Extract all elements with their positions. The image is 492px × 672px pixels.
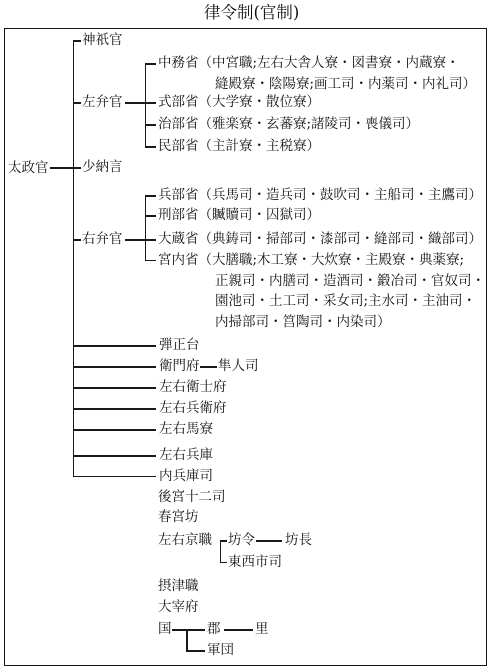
connector-danjodai [73,345,157,347]
node-minbusho: 民部省（主計寮・主税寮） [158,136,320,156]
connector-ejifu [73,387,157,389]
node-naihyogoshi: 内兵庫司 [159,466,213,486]
node-chumusho-line1: 中務省（中宮職;左右大舎人寮・図書寮・内蔵寮・ [158,53,460,73]
node-kokyu-junishi: 後宮十二司 [158,487,226,507]
connector-main-vertical [73,40,75,477]
node-ubenkan: 右弁官 [82,229,123,249]
node-chumusho-line2: 縫殿寮・陰陽寮;画工司・内薬司・内礼司） [215,74,476,94]
node-kori: 郡 [207,619,221,639]
connector-tick-shonagon [73,167,82,169]
connector-hyoefu [73,408,157,410]
connector-tick-minbusho [145,146,157,148]
node-sayu-hyoefu: 左右兵衛府 [159,398,227,418]
node-dajokan: 太政官 [8,158,49,178]
node-togubo: 春宮坊 [158,507,199,527]
connector-hyogo [73,455,157,457]
node-jibusho: 治部省（雅楽寮・玄蕃寮;諸陵司・喪儀司） [158,114,419,134]
connector-tick-jibusho [145,124,157,126]
connector-tick-ichishi [220,562,227,564]
node-hyobusho: 兵部省（兵馬司・造兵司・鼓吹司・主船司・主鷹司） [158,185,482,205]
connector-tick-kunaisho [145,260,157,262]
node-settsushiki: 摂津職 [158,576,199,596]
node-bocho: 坊長 [285,530,312,550]
connector-kuni-branch [186,629,188,652]
connector-right-bracket [145,195,147,261]
node-kuni: 国 [158,619,172,639]
node-sato: 里 [255,619,269,639]
diagram-title: 律令制(官制) [204,2,299,24]
connector-tick-sabenkan [73,102,82,104]
connector-gundan [186,650,205,652]
node-sayu-kyoshiki: 左右京職 [158,530,212,550]
node-tozai-ichishi: 東西市司 [228,552,282,572]
connector-dajokan [50,167,73,169]
connector-tick-gyobusho [145,215,157,217]
node-kunaisho-line3: 園池司・土工司・采女司;主水司・主油司・ [215,291,476,311]
node-kunaisho-line4: 内掃部司・筥陶司・内染司） [215,312,391,332]
connector-kuni-kori [172,629,205,631]
node-shonagon: 少納言 [82,157,123,177]
node-sayu-ejifu: 左右衛士府 [159,377,227,397]
connector-meryo [73,429,157,431]
connector-borei-bocho [256,540,282,542]
node-kunaisho-line1: 宮内省（大膳職;木工寮・大炊寮・主殿寮・典薬寮; [158,250,464,270]
connector-naihyogoshi [73,476,157,478]
node-emonfu: 衛門府 [159,356,200,376]
connector-tick-ubenkan [73,239,82,241]
connector-emonfu-hayatoshi [200,366,217,368]
node-jingikan: 神祇官 [82,30,123,50]
connector-kyoshiki-bracket [220,540,222,563]
connector-kori-sato [224,629,253,631]
connector-tick-hyobusho [145,195,157,197]
node-shikibusho: 式部省（大学寮・散位寮） [158,92,320,112]
node-gundan: 軍団 [207,640,234,660]
node-borei: 坊令 [228,530,255,550]
connector-emonfu [73,366,157,368]
node-kunaisho-line2: 正親司・内膳司・造酒司・鍛冶司・官奴司・ [215,271,485,291]
connector-tick-jingikan [73,40,82,42]
connector-left-bracket [145,63,147,148]
node-sayu-meryo: 左右馬寮 [159,419,213,439]
diagram-page: 律令制(官制) 太政官 神祇官 左弁官 少納言 右弁官 中務省（中宮職;左右大舎… [0,0,492,672]
node-dazaifu: 大宰府 [158,597,199,617]
node-danjodai: 弾正台 [159,335,200,355]
connector-ubenkan-okurasho [125,239,156,241]
node-sayu-hyogo: 左右兵庫 [159,445,213,465]
connector-tick-chumusho [145,63,157,65]
node-gyobusho: 刑部省（贓贖司・囚獄司） [158,205,320,225]
node-okurasho: 大蔵省（典鋳司・掃部司・漆部司・縫部司・織部司） [158,229,482,249]
connector-sabenkan-shikibusho [125,102,156,104]
connector-tick-borei [220,540,227,542]
node-hayatoshi: 隼人司 [218,356,259,376]
node-sabenkan: 左弁官 [82,92,123,112]
